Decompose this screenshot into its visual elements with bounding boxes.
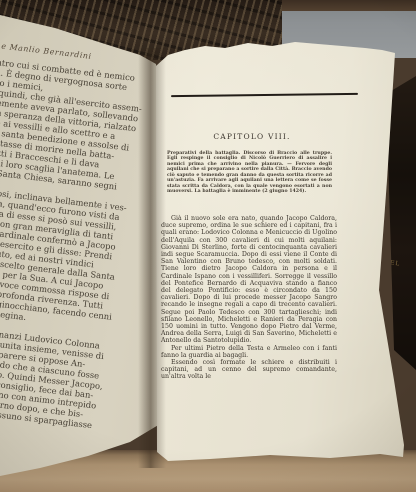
- chapter-summary: Preparativi della battaglia. Discorso di…: [167, 151, 332, 195]
- chapter-rule: [171, 93, 358, 98]
- spine-lettering: EL: [390, 259, 401, 267]
- paragraph-3: Essendo così formate le schiere e distri…: [161, 359, 337, 381]
- paragraph-2: Per ultimi Pietro della Testa e Armeleo …: [161, 345, 337, 359]
- photo-open-book: EL e Manlio Bernardini entro cui si comb…: [0, 0, 416, 492]
- paragraph-1: Già il nuovo sole era nato, quando Jacop…: [161, 215, 337, 345]
- body-text: Già il nuovo sole era nato, quando Jacop…: [161, 215, 337, 381]
- chapter-heading: CAPITOLO VIII.: [168, 132, 336, 141]
